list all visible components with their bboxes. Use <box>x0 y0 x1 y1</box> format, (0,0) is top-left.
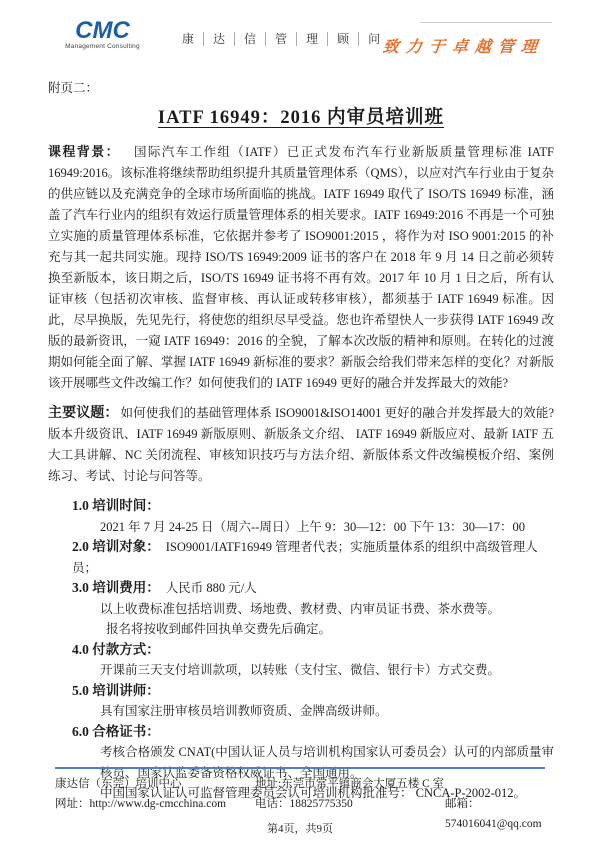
section-heading: 5.0 培训讲师： <box>48 681 554 702</box>
company-name-chinese: 康 达 信 管 理 顾 问 <box>173 32 389 46</box>
section-trainer: 5.0 培训讲师： 具有国家注册审核员培训教师资质、金牌高级讲师。 <box>48 681 554 722</box>
document-page: CMC Management Consulting 康 达 信 管 理 顾 问 … <box>0 0 600 848</box>
section-payment-method: 4.0 付款方式： 开课前三天支付培训款项，以转账（支付宝、微信、银行卡）方式交… <box>48 640 554 681</box>
footer-row-1: 康达信（东莞）培训中心 地址:东莞市常平镇商会大厦五楼 C 室 <box>55 774 560 794</box>
document-title-text: IATF 16949：2016 内审员培训班 <box>158 108 444 128</box>
company-char: 顾 <box>328 32 359 46</box>
main-topics-paragraph: 主要议题：如何使我们的基础管理体系 ISO9001&ISO14001 更好的融合… <box>48 403 554 487</box>
course-background-paragraph: 课程背景：国际汽车工作组（IATF）已正式发布汽车行业新版质量管理标准 IATF… <box>48 141 554 394</box>
section-heading-text: 3.0 培训费用： <box>72 580 160 595</box>
footer-phone-number: 18825775350 <box>290 798 353 810</box>
section-line: 以上收费标准包括培训费、场地费、教材费、内审员证书费、茶水费等。 <box>48 599 554 620</box>
company-char: 康 <box>173 32 204 46</box>
section-heading: 1.0 培训时间： <box>48 496 554 517</box>
section-line: 具有国家注册审核员培训教师资质、金牌高级讲师。 <box>48 701 554 722</box>
section-line: 开课前三天支付培训款项，以转账（支付宝、微信、银行卡）方式交费。 <box>48 660 554 681</box>
section-inline-text: 人民币 880 元/人 <box>166 581 257 595</box>
footer-org-name: 康达信（东莞）培训中心 <box>55 774 255 794</box>
footer-email-label: 邮箱： <box>445 798 480 810</box>
section-heading: 4.0 付款方式： <box>48 640 554 661</box>
course-background-text: 国际汽车工作组（IATF）已正式发布汽车行业新版质量管理标准 IATF 1694… <box>48 145 554 390</box>
company-char: 理 <box>297 32 328 46</box>
section-heading: 2.0 培训对象：ISO9001/IATF16949 管理者代表；实施质量体系的… <box>48 537 554 578</box>
section-training-audience: 2.0 培训对象：ISO9001/IATF16949 管理者代表；实施质量体系的… <box>48 537 554 578</box>
company-char: 信 <box>235 32 266 46</box>
section-heading-text: 4.0 付款方式： <box>72 642 160 657</box>
appendix-label: 附页二： <box>48 78 554 96</box>
section-heading-text: 5.0 培训讲师： <box>72 683 160 698</box>
header-accent-line <box>420 22 552 23</box>
section-training-time: 1.0 培训时间： 2021 年 7 月 24-25 日（周六--周日）上午 9… <box>48 496 554 537</box>
section-line: 2021 年 7 月 24-25 日（周六--周日）上午 9：30—12：00 … <box>48 517 554 538</box>
company-char: 管 <box>266 32 297 46</box>
page-number: 第4页，共9页 <box>0 820 600 836</box>
footer-divider-line <box>55 767 545 769</box>
section-heading-text: 2.0 培训对象： <box>72 539 160 554</box>
company-char: 达 <box>204 32 235 46</box>
document-body: 附页二： IATF 16949：2016 内审员培训班 课程背景：国际汽车工作组… <box>48 78 554 804</box>
document-title: IATF 16949：2016 内审员培训班 <box>48 103 554 129</box>
footer-address: 地址:东莞市常平镇商会大厦五楼 C 室 <box>255 774 560 794</box>
numbered-sections: 1.0 培训时间： 2021 年 7 月 24-25 日（周六--周日）上午 9… <box>48 496 554 804</box>
cmc-logo-subtext: Management Consulting <box>55 43 150 50</box>
main-topics-label: 主要议题： <box>48 406 119 421</box>
footer-website-url: http://www.dg-cmcchina.com <box>90 798 227 810</box>
section-heading: 3.0 培训费用：人民币 880 元/人 <box>48 578 554 599</box>
section-line: 报名将按收到邮件回执单交费先后确定。 <box>48 619 554 640</box>
company-slogan: 致力于卓越管理 <box>382 34 545 57</box>
footer-website-label: 网址： <box>55 798 90 810</box>
cmc-logo-text: CMC <box>55 20 150 42</box>
cmc-logo: CMC Management Consulting <box>55 20 150 50</box>
section-heading-text: 1.0 培训时间： <box>72 498 160 513</box>
main-topics-text: 如何使我们的基础管理体系 ISO9001&ISO14001 更好的融合并发挥最大… <box>48 406 554 483</box>
course-background-label: 课程背景： <box>48 144 120 159</box>
footer-phone-label: 电话： <box>255 798 290 810</box>
page-header: CMC Management Consulting 康 达 信 管 理 顾 问 … <box>55 18 552 62</box>
section-training-fee: 3.0 培训费用：人民币 880 元/人 以上收费标准包括培训费、场地费、教材费… <box>48 578 554 640</box>
section-heading-text: 6.0 合格证书： <box>72 724 160 739</box>
section-heading: 6.0 合格证书： <box>48 722 554 743</box>
